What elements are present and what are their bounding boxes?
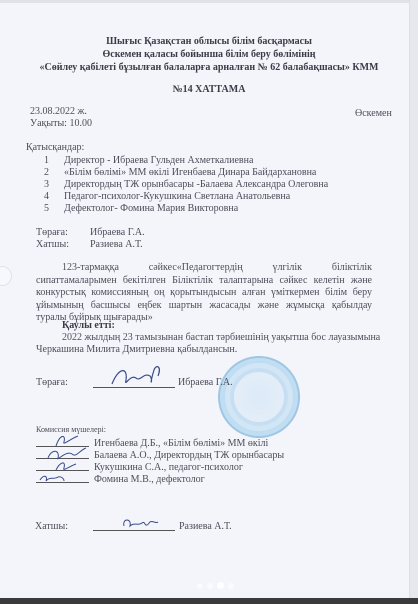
commission-member: Фомина М.В., дефектолог	[94, 474, 205, 485]
commission-signature	[38, 472, 66, 484]
document-time: Уақыты: 10.00	[30, 118, 92, 129]
resolved-label: Қаулы етті:	[62, 320, 115, 331]
sign-chair-label: Төраға:	[36, 377, 68, 388]
carousel-dot[interactable]	[197, 583, 203, 589]
secretary-label: Хатшы:	[36, 239, 69, 250]
sign-secretary-name: Разиева А.Т.	[179, 521, 232, 532]
carousel-dot[interactable]	[228, 583, 234, 589]
chair-name: Ибраева Г.А.	[90, 227, 145, 238]
carousel-dot-active[interactable]	[217, 582, 224, 589]
document-image: Шығыс Қазақстан облысы білім басқармасы …	[0, 0, 410, 598]
commission-member: Балаева А.О., Директордың ТЖ орынбасары	[94, 450, 284, 461]
legal-basis-paragraph: 123-тармаққа сәйкес«Педагогтердің үлгілі…	[36, 262, 372, 325]
org-header-line-3: «Сөйлеу қабілеті бұзылған балаларға арна…	[0, 62, 418, 73]
org-header-line-1: Шығыс Қазақстан облысы білім басқармасы	[0, 36, 418, 47]
bottom-bar	[0, 598, 418, 604]
resolution-line-2: Черкашина Милита Дмитриевна қабылдансын.	[36, 344, 237, 355]
document-title: №14 ХАТТАМА	[0, 84, 418, 95]
official-stamp	[218, 356, 300, 438]
participants-label: Қатысқандар:	[26, 142, 84, 153]
commission-member: Кукушкина С.А., педагог-психолог	[94, 462, 243, 473]
document-city: Өскемен	[355, 108, 392, 119]
carousel-dot[interactable]	[207, 583, 213, 589]
participant-item: 4Педагог-психолог-Кукушкина Светлана Ана…	[44, 191, 290, 202]
participant-item: 5Дефектолог- Фомина Мария Викторовна	[44, 203, 238, 214]
chair-label: Төраға:	[36, 227, 68, 238]
secretary-name: Разиева А.Т.	[90, 239, 143, 250]
carousel-pagination	[197, 582, 234, 589]
image-top-edge	[0, 0, 418, 3]
secretary-signature	[120, 516, 160, 532]
chair-signature	[108, 362, 168, 392]
image-right-edge	[409, 0, 418, 598]
sign-chair-name: Ибраева Г.А.	[178, 377, 233, 388]
participant-item: 3Директордың ТЖ орынбасары -Балаева Алек…	[44, 179, 328, 190]
sign-secretary-label: Хатшы:	[35, 521, 68, 532]
org-header-line-2: Өскемен қаласы бойынша білім беру бөлімі…	[0, 49, 418, 60]
resolution-line-1: 2022 жылдың 23 тамызынан бастап тәрбиеші…	[62, 332, 380, 343]
participant-item: 2«Білім бөлімі» ММ өкілі Игенбаева Динар…	[44, 167, 316, 178]
commission-member: Игенбаева Д.Б., «Білім бөлімі» ММ өкілі	[94, 438, 268, 449]
commission-signature	[54, 458, 78, 472]
document-date: 23.08.2022 ж.	[30, 106, 87, 117]
participant-item: 1Директор - Ибраева Гульден Ахметкалиевн…	[44, 155, 253, 166]
